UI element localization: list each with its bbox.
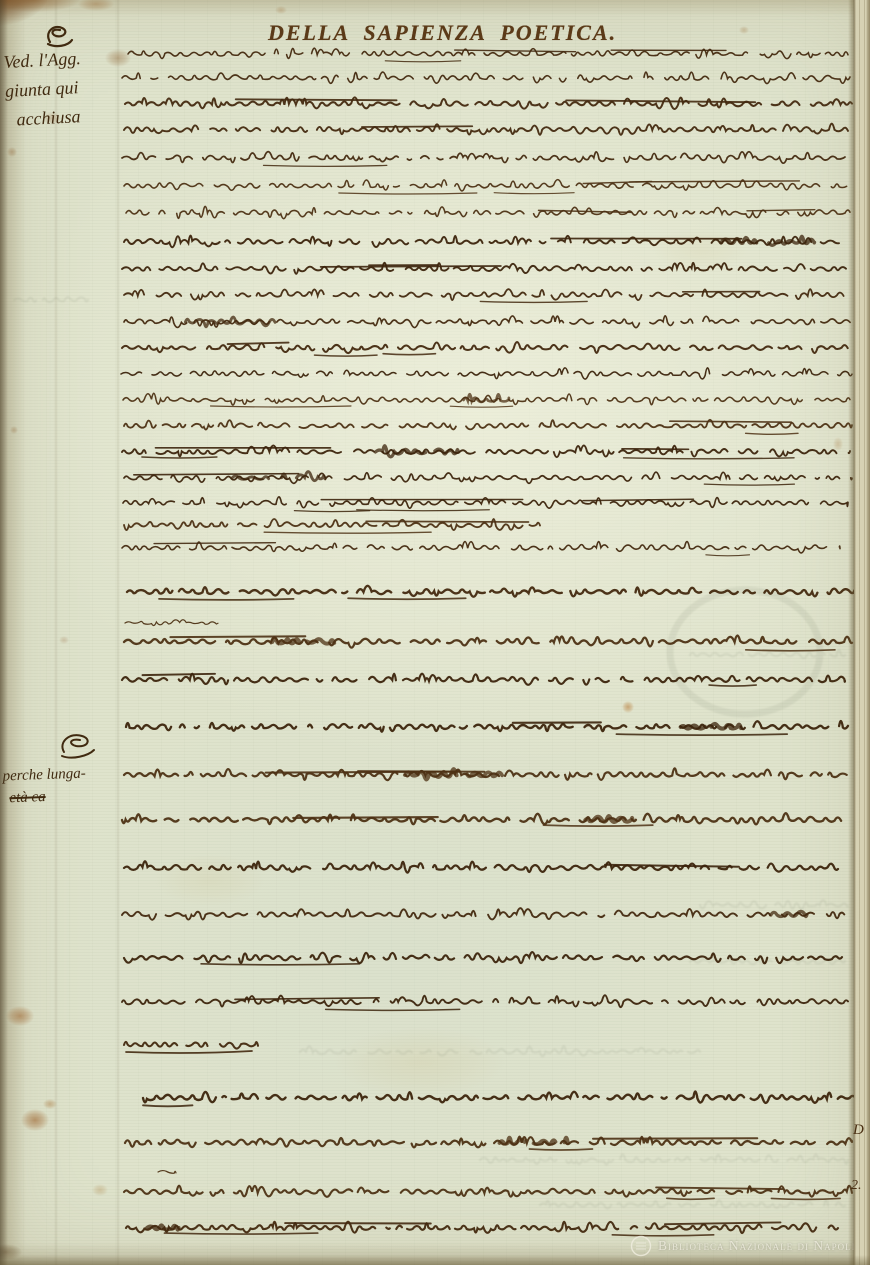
page-title: DELLA SAPIENZA POETICA. (268, 20, 617, 46)
handwriting-stroke (480, 1154, 848, 1164)
margin-note-line: perche lunga- (2, 763, 86, 788)
handwriting-stroke (585, 816, 632, 822)
handwriting-stroke (670, 421, 792, 422)
handwriting-stroke (201, 964, 359, 965)
handwriting-stroke (629, 181, 799, 182)
manuscript-page: DELLA SAPIENZA POETICA. Ved. l'Agg. giun… (0, 0, 870, 1265)
handwriting-stroke (566, 100, 755, 102)
handwriting-stroke (293, 817, 438, 818)
handwriting-stroke (125, 620, 218, 626)
handwriting-stroke (706, 555, 750, 556)
handwriting-stroke (700, 900, 848, 909)
margin-note-line: giunta qui (4, 73, 83, 106)
handwriting-stroke (583, 182, 651, 184)
handwriting-stroke (544, 825, 653, 826)
handwriting-stroke (143, 1092, 858, 1103)
page-left-edge (0, 0, 8, 1265)
handwriting-stroke (124, 236, 839, 248)
handwriting-stroke (339, 193, 477, 194)
handwriting-stroke (143, 674, 216, 675)
margin-note-line: acchiusa (6, 102, 85, 135)
handwriting-stroke (529, 1149, 592, 1150)
handwriting-stroke (622, 449, 689, 450)
margin-note-line: età ca (3, 785, 87, 810)
handwriting-stroke (126, 1051, 252, 1053)
handwriting-stroke (494, 193, 574, 194)
bleed-through-ghost-text (14, 297, 848, 1208)
handwriting-stroke (211, 406, 352, 407)
ink-flourish-icon (54, 730, 98, 760)
handwriting-stroke (124, 1042, 258, 1049)
handwriting-stroke (593, 1138, 757, 1139)
handwriting-stroke (154, 543, 275, 544)
handwriting-stroke (385, 61, 460, 62)
handwriting-stroke (375, 446, 458, 457)
handwriting-stroke (455, 50, 576, 52)
underlying-pages-edge (854, 0, 870, 1265)
handwriting-stroke (656, 1187, 782, 1189)
edge-mark-letter: D (853, 1122, 864, 1139)
handwriting-stroke (121, 368, 852, 379)
margin-note-line: Ved. l'Agg. (3, 44, 82, 77)
margin-note-middle: perche lunga- età ca (2, 763, 87, 810)
handwriting-stroke (170, 636, 305, 637)
handwriting-stroke (134, 474, 299, 475)
handwriting-stroke (122, 995, 848, 1007)
handwriting-stroke (124, 124, 848, 135)
handwriting-stroke (315, 355, 378, 356)
handwriting-stroke (383, 354, 435, 355)
handwriting-stroke (122, 72, 850, 84)
handwriting-stroke (771, 1198, 840, 1199)
library-watermark: Biblioteca Nazionale di Napoli (630, 1235, 856, 1257)
handwriting-stroke (348, 598, 466, 599)
handwriting-stroke (124, 289, 844, 300)
handwriting-stroke (300, 1046, 700, 1056)
handwriting-stroke (264, 165, 387, 166)
bnn-monogram-circle-icon (630, 1235, 652, 1257)
handwriting-stroke (704, 484, 794, 485)
handwriting-stroke (122, 908, 844, 920)
handwriting-stroke (124, 1186, 852, 1197)
handwriting-stroke (616, 734, 787, 735)
handwriting-stroke (746, 433, 798, 434)
handwriting-stroke (294, 511, 369, 512)
handwriting-stroke (624, 458, 794, 459)
handwriting-stroke (122, 152, 845, 164)
handwriting-stroke (14, 297, 88, 302)
handwriting-stroke (665, 1222, 781, 1224)
handwriting-stroke (326, 1009, 460, 1010)
handwriting-stroke (321, 266, 501, 267)
manuscript-body-handwriting (0, 0, 870, 1265)
handwriting-stroke (228, 343, 289, 345)
edge-mark-number: 2. (851, 1178, 862, 1194)
handwriting-stroke (236, 99, 397, 100)
handwriting-stroke (124, 519, 540, 530)
page-bottom-edge (0, 1255, 870, 1265)
handwriting-stroke (667, 1198, 714, 1199)
handwriting-stroke (122, 674, 845, 685)
handwriting-stroke (122, 813, 841, 824)
handwriting-stroke (480, 301, 587, 302)
handwriting-stroke (235, 998, 379, 1000)
handwriting-stroke (164, 1233, 317, 1234)
handwriting-stroke (357, 510, 490, 511)
handwriting-stroke (143, 1105, 193, 1106)
handwriting-stroke (126, 206, 850, 218)
handwriting-stroke (746, 650, 835, 651)
handwriting-stroke (366, 521, 528, 522)
ink-text-lines (121, 48, 858, 1236)
handwriting-stroke (123, 497, 848, 508)
handwriting-stroke (709, 685, 756, 686)
handwriting-stroke (264, 532, 431, 533)
margin-note-top: Ved. l'Agg. giunta qui acchiusa (3, 44, 85, 135)
handwriting-stroke (158, 1171, 176, 1174)
handwriting-stroke (362, 126, 472, 127)
handwriting-stroke (540, 1200, 845, 1209)
handwriting-stroke (159, 599, 294, 600)
handwriting-stroke (128, 48, 848, 58)
handwriting-stroke (450, 406, 512, 407)
handwriting-stroke (125, 97, 852, 109)
handwriting-stroke (124, 952, 842, 963)
watermark-label: Biblioteca Nazionale di Napoli (658, 1238, 856, 1254)
handwriting-stroke (122, 263, 846, 274)
